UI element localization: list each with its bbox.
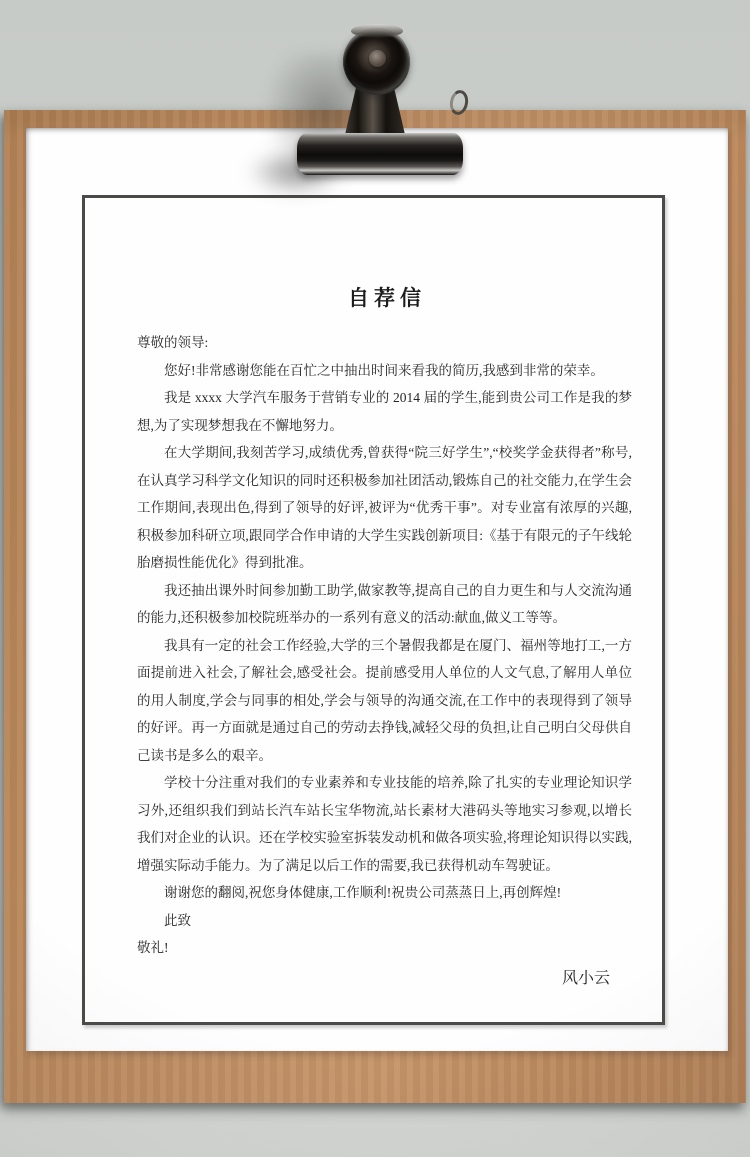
letter-body: 尊敬的领导: 您好!非常感谢您能在百忙之中抽出时间来看我的简历,我感到非常的荣幸… [137, 329, 632, 962]
binder-clip-bar [297, 133, 463, 175]
closing-cizhi: 此致 [137, 907, 632, 935]
letter-paragraph: 在大学期间,我刻苦学习,成绩优秀,曾获得“院三好学生”,“校奖学金获得者”称号,… [137, 439, 632, 577]
closing-jingli: 敬礼! [137, 934, 632, 962]
letter-title: 自荐信 [137, 288, 632, 309]
letter-paragraph: 我具有一定的社会工作经验,大学的三个暑假我都是在厦门、福州等地打工,一方面提前进… [137, 632, 632, 770]
letter-paragraph: 学校十分注重对我们的专业素养和专业技能的培养,除了扎实的专业理论知识学习外,还组… [137, 769, 632, 879]
letter-salutation: 尊敬的领导: [137, 329, 632, 357]
letter-paragraph: 您好!非常感谢您能在百忙之中抽出时间来看我的简历,我感到非常的荣幸。 [137, 357, 632, 385]
binder-clip-knob [343, 28, 410, 95]
letter-paragraph: 我还抽出课外时间参加勤工助学,做家教等,提高自己的自力更生和与人交流沟通的能力,… [137, 577, 632, 632]
letter-paragraph: 我是 xxxx 大学汽车服务于营销专业的 2014 届的学生,能到贵公司工作是我… [137, 384, 632, 439]
letter-paragraph: 谢谢您的翻阅,祝您身体健康,工作顺利!祝贵公司蒸蒸日上,再创辉煌! [137, 879, 632, 907]
letter-border-frame: 自荐信 尊敬的领导: 您好!非常感谢您能在百忙之中抽出时间来看我的简历,我感到非… [82, 195, 665, 1025]
signature-name: 风小云 [137, 964, 610, 994]
paper-sheet: 自荐信 尊敬的领导: 您好!非常感谢您能在百忙之中抽出时间来看我的简历,我感到非… [26, 128, 728, 1051]
clipboard-scene: 自荐信 尊敬的领导: 您好!非常感谢您能在百忙之中抽出时间来看我的简历,我感到非… [0, 0, 750, 1157]
